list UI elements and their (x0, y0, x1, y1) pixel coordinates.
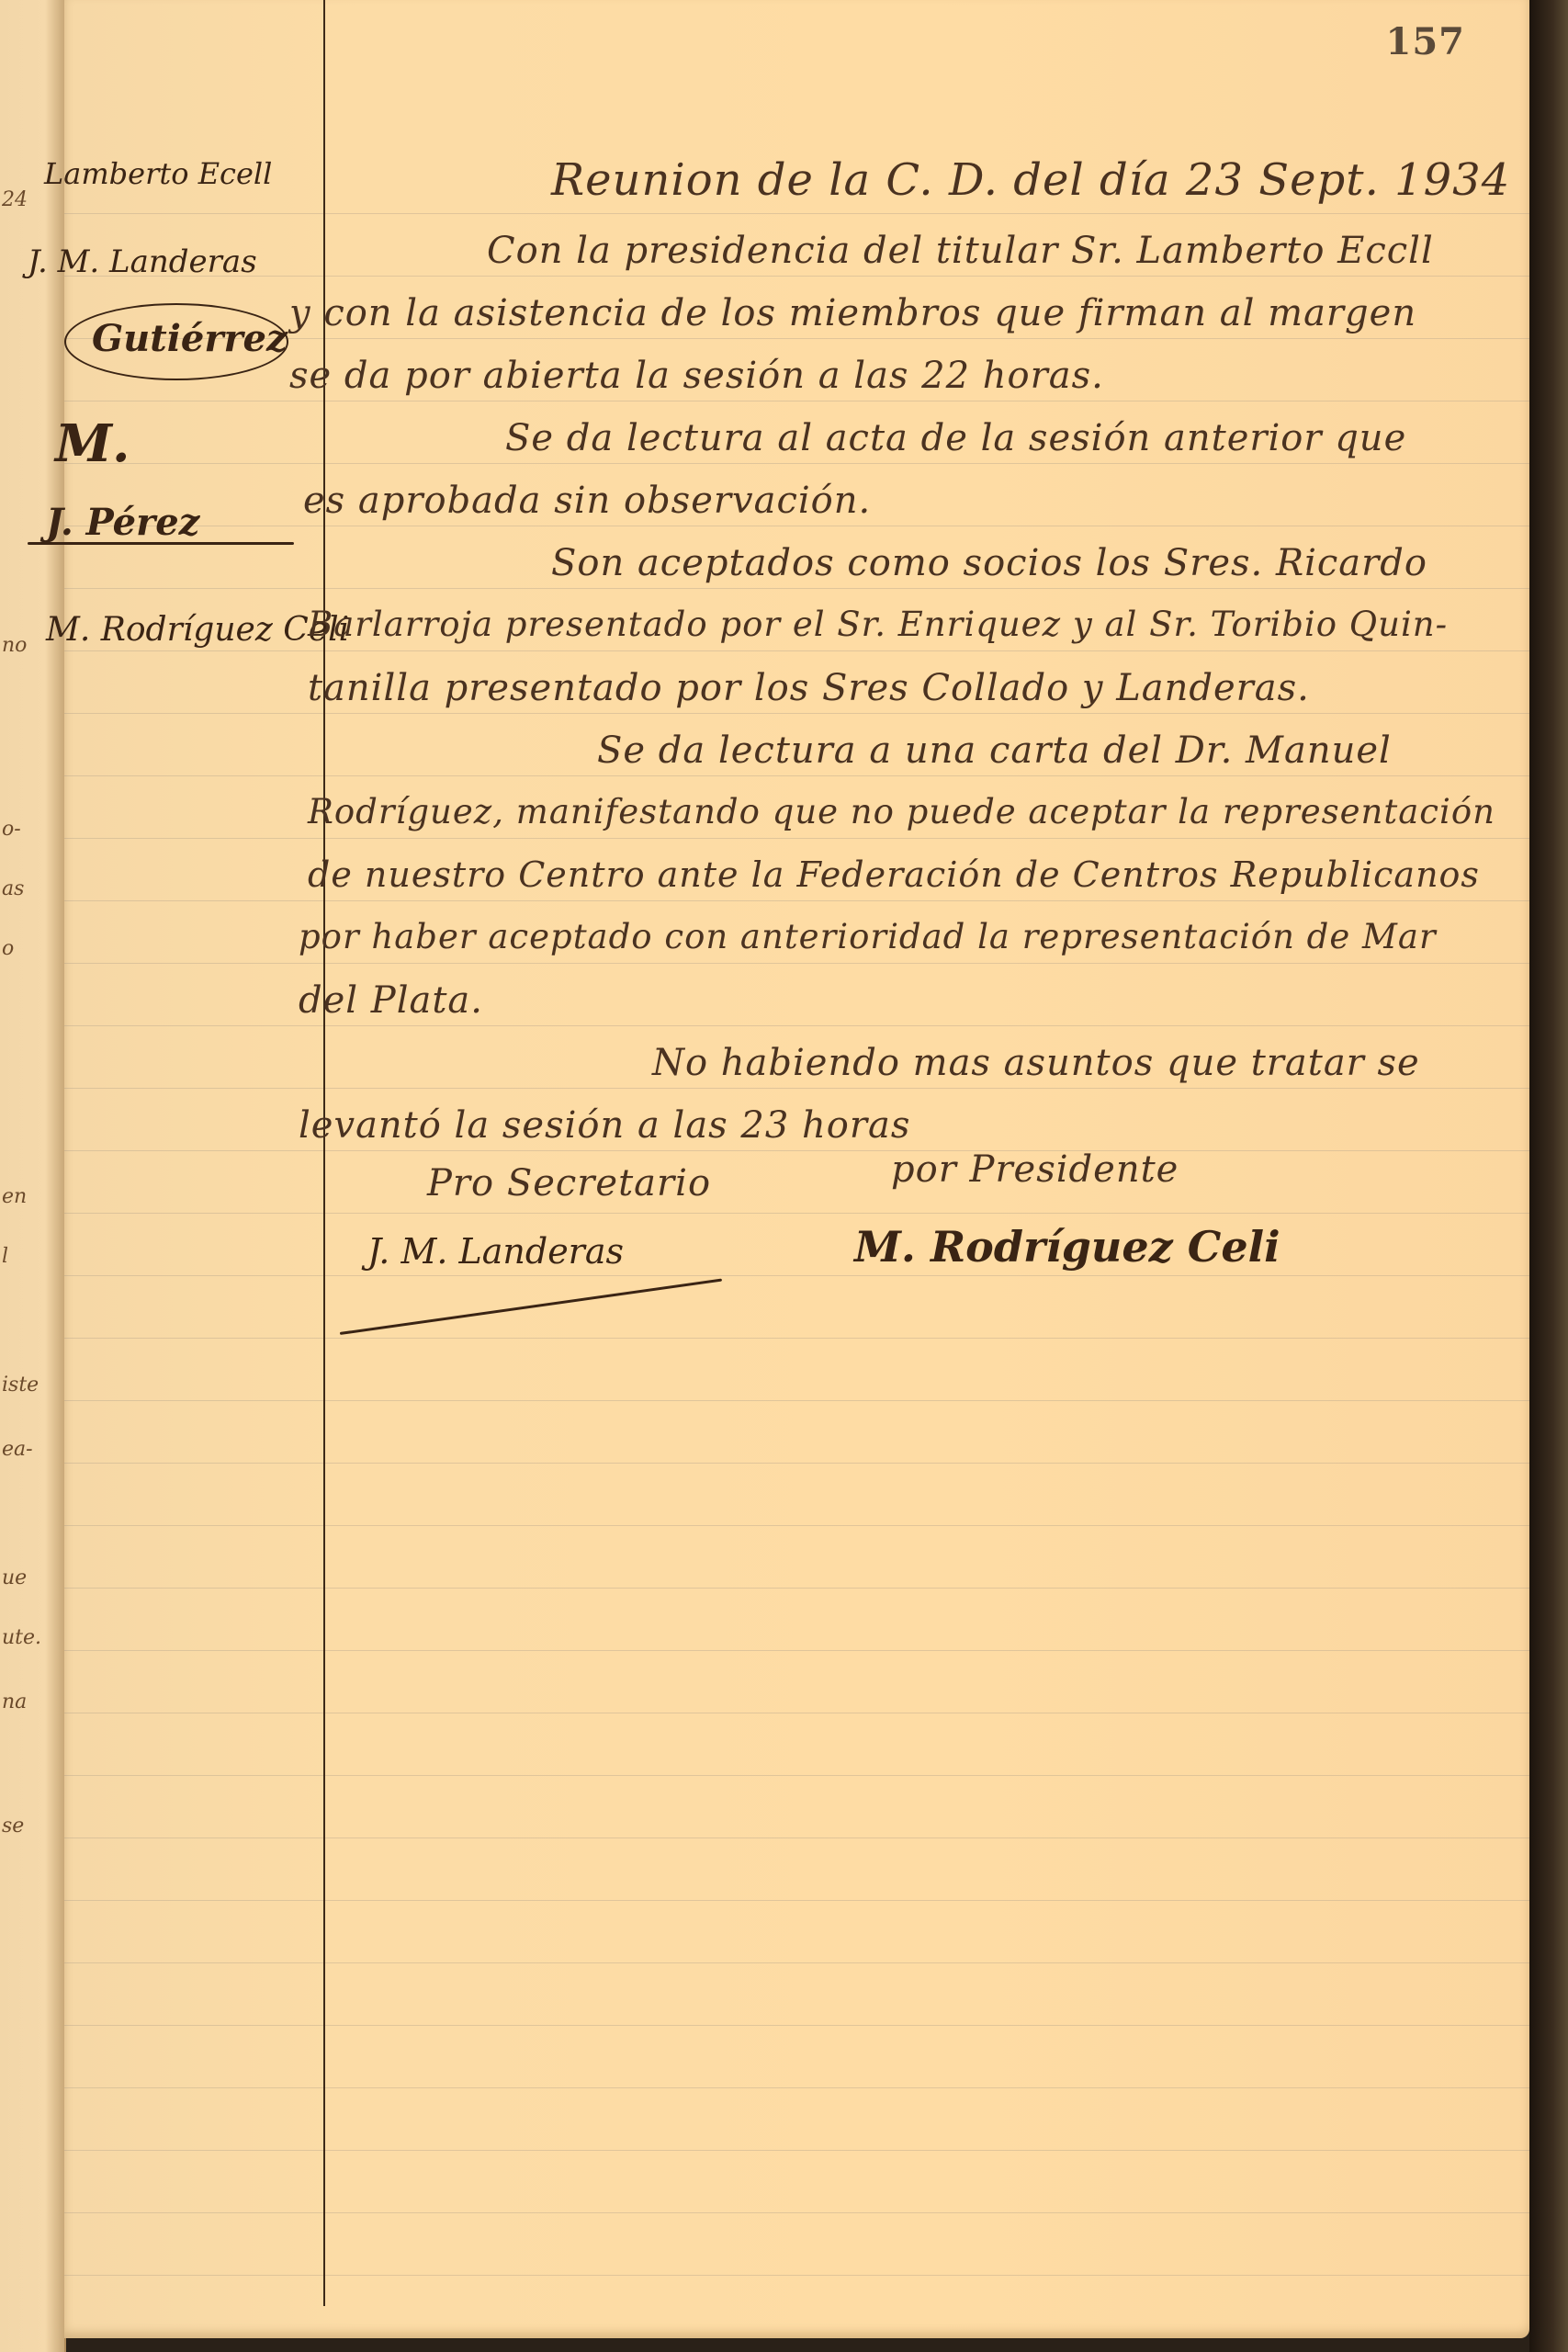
secretary-signature-flourish (340, 1279, 722, 1335)
prev-page-fragment: o (2, 937, 14, 960)
minutes-line: por haber aceptado con anterioridad la r… (299, 917, 1437, 956)
prev-page-fragment: iste (2, 1374, 39, 1396)
prev-page-fragment: ute. (2, 1626, 41, 1649)
minutes-line: del Plata. (299, 979, 483, 1022)
signature-gutierrez: Gutiérrez (92, 317, 288, 360)
ledger-page: 157 Lamberto Ecell J. M. Landeras Gutiér… (64, 0, 1529, 2338)
prev-page-fragment: o- (2, 818, 21, 841)
minutes-line: tanilla presentado por los Sres Collado … (308, 667, 1310, 709)
minutes-line: Rodríguez, manifestando que no puede ace… (308, 792, 1495, 831)
minutes-line: No habiendo mas asuntos que tratar se (652, 1042, 1420, 1084)
minutes-line: y con la asistencia de los miembros que … (289, 292, 1416, 334)
prev-page-fragment: ea- (2, 1438, 33, 1461)
minutes-title: Reunion de la C. D. del día 23 Sept. 193… (551, 154, 1510, 206)
prev-page-fragment: as (2, 877, 24, 900)
minutes-line: es aprobada sin observación. (303, 480, 871, 522)
signature-underline-flourish (28, 542, 294, 545)
page-number: 157 (1386, 20, 1466, 63)
prev-page-fragment: 24 (2, 188, 28, 211)
minutes-line: Se da lectura al acta de la sesión anter… (505, 417, 1406, 459)
signature-landeras: J. M. Landeras (28, 243, 257, 280)
minutes-line: levantó la sesión a las 23 horas (299, 1104, 910, 1147)
minutes-line: Con la presidencia del titular Sr. Lambe… (487, 230, 1434, 272)
prev-page-fragment: na (2, 1690, 27, 1713)
book-binding (1529, 0, 1568, 2352)
previous-page-edge: 24 no o- as o en l iste ea- ue ute. na s… (0, 0, 66, 2352)
signature-rodriguez-margin: M. Rodríguez Celi (46, 611, 349, 649)
secretary-signature: J. M. Landeras (367, 1231, 624, 1272)
prev-page-fragment: no (2, 634, 27, 657)
president-label: por Presidente (891, 1148, 1179, 1191)
prev-page-fragment: en (2, 1185, 27, 1208)
prev-page-fragment: ue (2, 1566, 27, 1589)
secretary-label: Pro Secretario (427, 1162, 711, 1204)
prev-page-fragment: se (2, 1815, 24, 1837)
signature-monogram: M. (55, 413, 130, 474)
signature-lamberto: Lamberto Ecell (44, 156, 272, 191)
minutes-line: Barlarroja presentado por el Sr. Enrique… (308, 605, 1448, 644)
signature-perez: J. Pérez (46, 501, 199, 544)
minutes-line: se da por abierta la sesión a las 22 hor… (289, 355, 1104, 397)
minutes-line: Se da lectura a una carta del Dr. Manuel (597, 729, 1392, 772)
president-signature: M. Rodríguez Celi (854, 1222, 1280, 1272)
minutes-line: Son aceptados como socios los Sres. Rica… (551, 542, 1427, 584)
prev-page-fragment: l (2, 1245, 8, 1268)
minutes-line: de nuestro Centro ante la Federación de … (308, 854, 1480, 895)
margin-rule (323, 0, 325, 2306)
